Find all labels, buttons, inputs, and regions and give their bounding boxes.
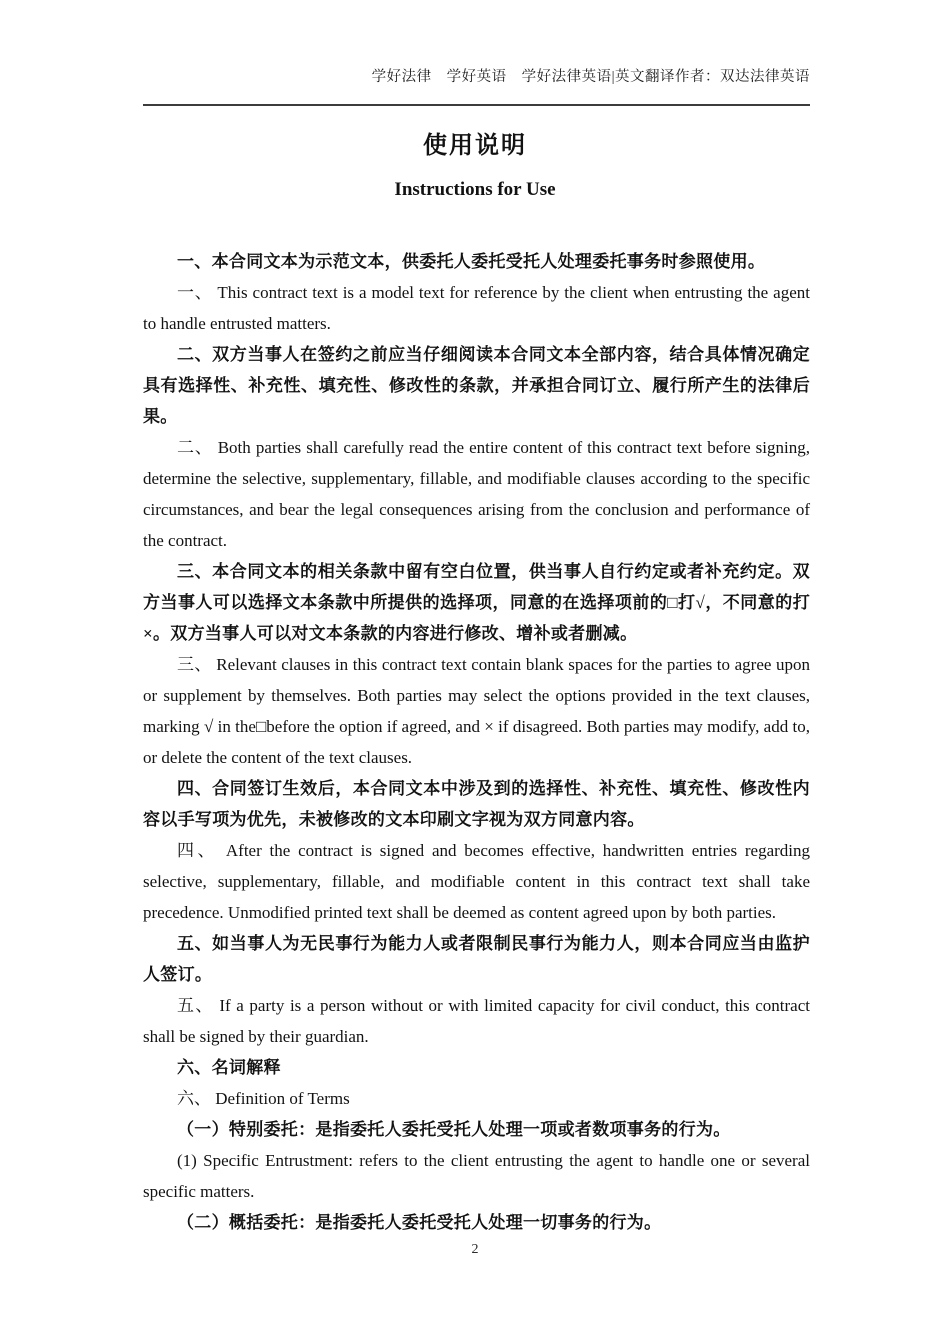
paragraph-en: 五、 If a party is a person without or wit…	[143, 990, 810, 1052]
paragraph-zh: （一）特别委托：是指委托人委托受托人处理一项或者数项事务的行为。	[143, 1114, 810, 1145]
paragraph-zh: 五、如当事人为无民事行为能力人或者限制民事行为能力人，则本合同应当由监护人签订。	[143, 928, 810, 990]
paragraph-en: 四、 After the contract is signed and beco…	[143, 835, 810, 928]
document-body: 一、本合同文本为示范文本，供委托人委托受托人处理委托事务时参照使用。一、 Thi…	[143, 246, 810, 1238]
paragraph-zh: 六、名词解释	[143, 1052, 810, 1083]
paragraph-zh: 三、本合同文本的相关条款中留有空白位置，供当事人自行约定或者补充约定。双方当事人…	[143, 556, 810, 649]
paragraph-en: 一、 This contract text is a model text fo…	[143, 277, 810, 339]
paragraph-en: (1) Specific Entrustment: refers to the …	[143, 1145, 810, 1207]
paragraph-zh: 一、本合同文本为示范文本，供委托人委托受托人处理委托事务时参照使用。	[143, 246, 810, 277]
page-number: 2	[0, 1242, 950, 1258]
paragraph-en: 二、 Both parties shall carefully read the…	[143, 432, 810, 556]
document-title-zh: 使用说明	[0, 125, 950, 160]
page-header: 学好法律 学好英语 学好法律英语|英文翻译作者：双达法律英语	[143, 65, 810, 86]
paragraph-zh: （二）概括委托：是指委托人委托受托人处理一切事务的行为。	[143, 1207, 810, 1238]
paragraph-zh: 二、双方当事人在签约之前应当仔细阅读本合同文本全部内容，结合具体情况确定具有选择…	[143, 339, 810, 432]
document-title-en: Instructions for Use	[0, 179, 950, 201]
paragraph-en: 六、 Definition of Terms	[143, 1083, 810, 1114]
document-page: 学好法律 学好英语 学好法律英语|英文翻译作者：双达法律英语 使用说明 Inst…	[0, 0, 950, 1344]
header-divider	[143, 104, 810, 106]
paragraph-en: 三、 Relevant clauses in this contract tex…	[143, 649, 810, 773]
paragraph-zh: 四、合同签订生效后，本合同文本中涉及到的选择性、补充性、填充性、修改性内容以手写…	[143, 773, 810, 835]
